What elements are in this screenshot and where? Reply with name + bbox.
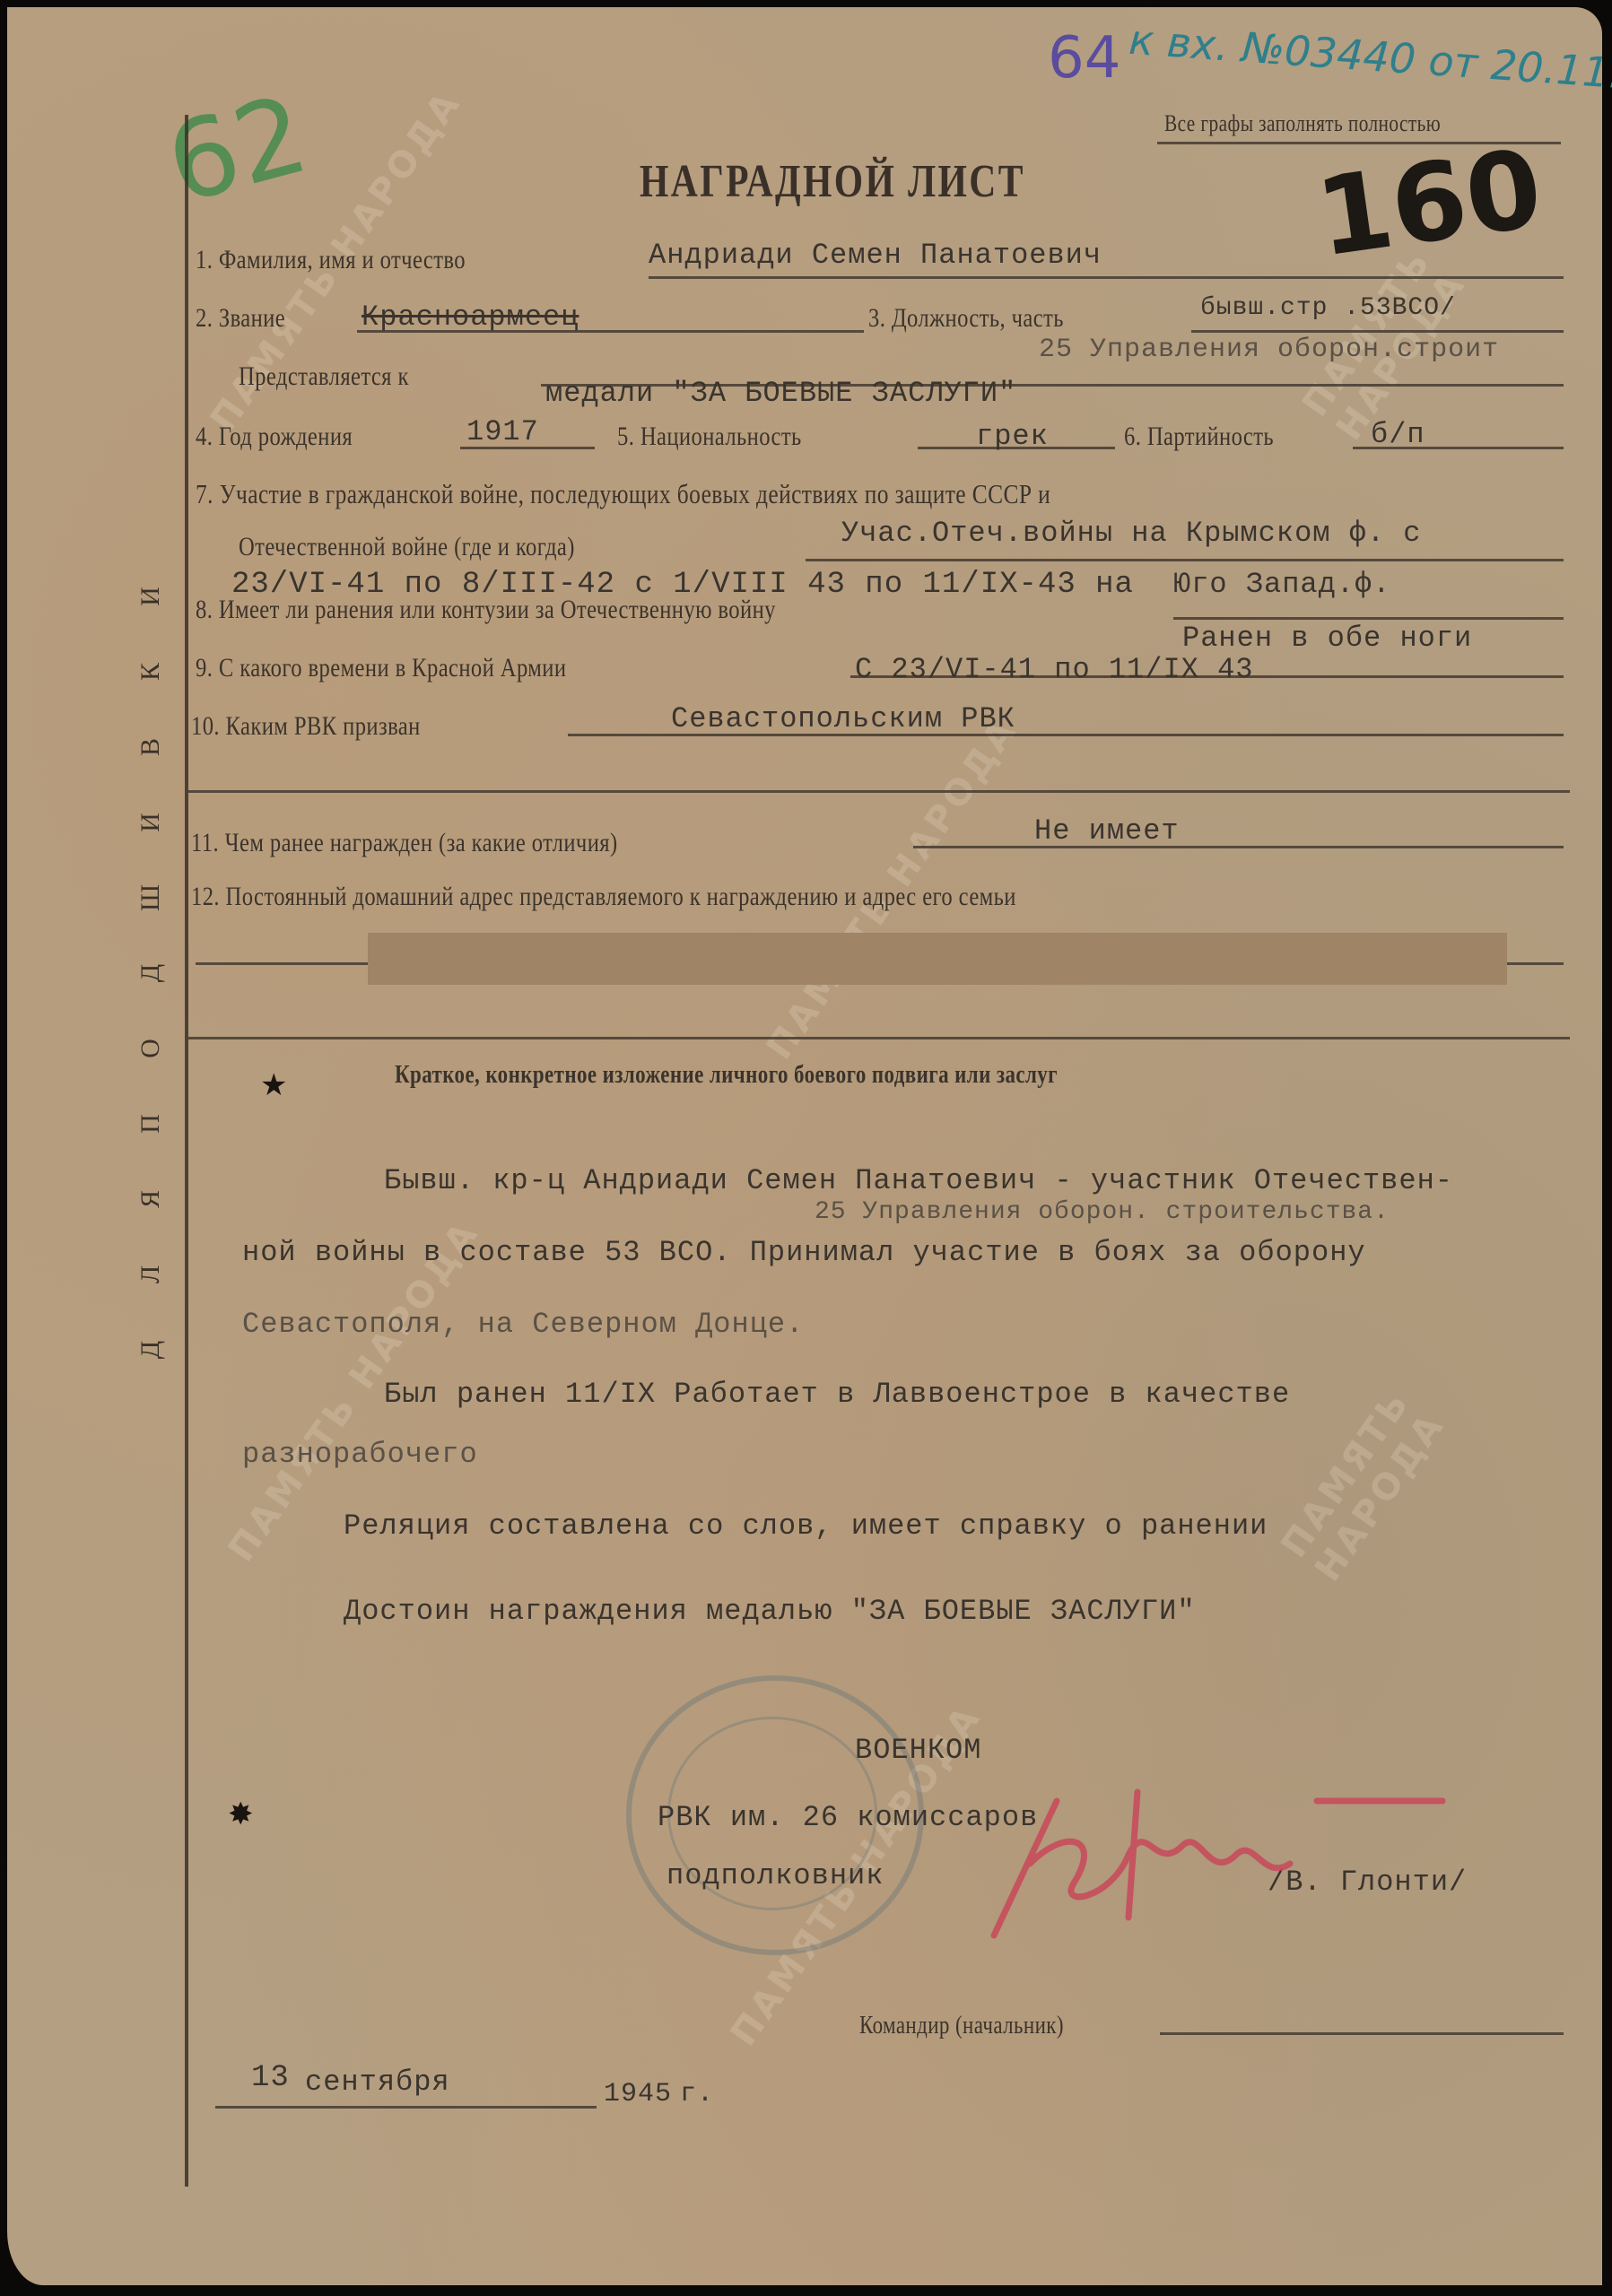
field-5-label: 5. Национальность xyxy=(617,422,802,452)
signature-title: ВОЕНКОМ xyxy=(855,1734,981,1767)
field-underline xyxy=(806,559,1564,561)
divider xyxy=(188,1037,1570,1039)
field-2-value: Красноармеец xyxy=(362,300,579,334)
annotation-incoming-number: к вх. №03440 от 20.11.45 xyxy=(1128,15,1612,101)
margin-line xyxy=(185,115,188,2187)
instruction-text: Все графы заполнять полностью xyxy=(1164,110,1441,137)
field-9-label: 9. С какого времени в Красной Армии xyxy=(196,653,566,683)
field-2-label: 2. Звание xyxy=(196,303,285,334)
field-underline xyxy=(1353,447,1564,449)
summary-line: Достоин награждения медалью "ЗА БОЕВЫЕ З… xyxy=(344,1595,1196,1628)
date-suffix: г. xyxy=(680,2079,714,2109)
field-10-value: Севастопольским РВК xyxy=(671,702,1015,735)
field-4-label: 4. Год рождения xyxy=(196,422,353,452)
annotation-black-number: 160 xyxy=(1310,126,1549,282)
field-9-value: С 23/VI-41 по 11/IX 43 xyxy=(855,653,1253,686)
field-underline xyxy=(918,447,1115,449)
field-6-label: 6. Партийность xyxy=(1124,422,1274,452)
document-title: НАГРАДНОЙ ЛИСТ xyxy=(640,155,1025,208)
summary-line: Был ранен 11/IX Работает в Лаввоенстрое … xyxy=(384,1378,1290,1411)
summary-line: ной войны в составе 53 ВСО. Принимал уча… xyxy=(242,1236,1366,1269)
date-month: сентября xyxy=(305,2066,450,2099)
field-3-label: 3. Должность, часть xyxy=(868,303,1064,334)
field-underline xyxy=(568,734,1564,736)
divider xyxy=(188,790,1570,793)
award-sheet-paper: ПАМЯТЬ НАРОДА ПАМЯТЬ НАРОДА ПАМЯТЬ НАРОД… xyxy=(7,7,1602,2285)
summary-line: разнорабочего xyxy=(242,1438,478,1471)
award-requested-value: медали "ЗА БОЕВЫЕ ЗАСЛУГИ" xyxy=(545,377,1016,410)
margin-binding-text: И К В И Ш Д О П Я Л Д xyxy=(133,581,169,1365)
field-1-label: 1. Фамилия, имя и отчество xyxy=(196,245,466,275)
date-day: 13 xyxy=(251,2061,290,2095)
field-underline xyxy=(1173,617,1564,620)
field-7-value-line1: Учас.Отеч.войны на Крымском ф. с xyxy=(841,517,1422,550)
punch-hole-icon: ★ xyxy=(260,1067,287,1103)
field-7-label: 7. Участие в гражданской войне, последую… xyxy=(196,478,1050,510)
field-underline xyxy=(460,447,595,449)
field-1-value: Андриади Семен Панатоевич xyxy=(649,239,1102,272)
watermark: ПАМЯТЬ НАРОДА xyxy=(1273,1234,1555,1588)
field-underline xyxy=(357,330,864,333)
summary-line: Бывш. кр-ц Андриади Семен Панатоевич - у… xyxy=(384,1164,1453,1197)
field-underline xyxy=(850,675,1564,678)
summary-line: Реляция составлена со слов, имеет справк… xyxy=(344,1509,1268,1543)
field-8-value: Ранен в обе ноги xyxy=(1182,622,1472,655)
signature-icon xyxy=(976,1765,1478,1944)
field-8-label: 8. Имеет ли ранения или контузии за Отеч… xyxy=(196,595,776,625)
field-10-label: 10. Каким РВК призван xyxy=(191,711,421,742)
field-underline xyxy=(913,846,1564,848)
field-3-value-line2: 25 Управления оборон.строит xyxy=(1039,335,1499,365)
field-11-value: Не имеет xyxy=(1034,814,1180,848)
field-12-label: 12. Постоянный домашний адрес представля… xyxy=(191,882,1016,912)
field-4-value: 1917 xyxy=(466,415,539,448)
field-underline xyxy=(541,384,1564,387)
annotation-green-number: 62 xyxy=(155,73,319,229)
summary-line: Севастополя, на Северном Донце. xyxy=(242,1308,804,1341)
field-underline xyxy=(1191,330,1564,333)
field-underline xyxy=(215,2106,597,2109)
commander-label: Командир (начальник) xyxy=(859,2012,1064,2040)
field-underline xyxy=(1160,2032,1564,2035)
punch-hole-icon: ✸ xyxy=(228,1796,254,1832)
annotation-purple-number: 64 xyxy=(1048,25,1120,91)
summary-line-inserted: 25 Управления оборон. строительства. xyxy=(815,1198,1390,1226)
field-11-label: 11. Чем ранее награжден (за какие отличи… xyxy=(191,828,618,858)
divider xyxy=(1157,142,1561,144)
field-underline xyxy=(649,276,1564,279)
signature-rank: подполковник xyxy=(667,1859,884,1892)
date-year: 1945 xyxy=(604,2079,672,2109)
field-7-value-line3: Юго Запад.ф. xyxy=(1173,568,1390,601)
award-requested-label: Представляется к xyxy=(239,361,409,392)
field-3-value: бывш.стр .53ВСО/ xyxy=(1200,294,1456,322)
field-7-label-line2: Отечественной войне (где и когда) xyxy=(239,532,575,562)
redacted-address xyxy=(368,933,1507,985)
summary-heading: Краткое, конкретное изложение личного бо… xyxy=(395,1061,1058,1090)
